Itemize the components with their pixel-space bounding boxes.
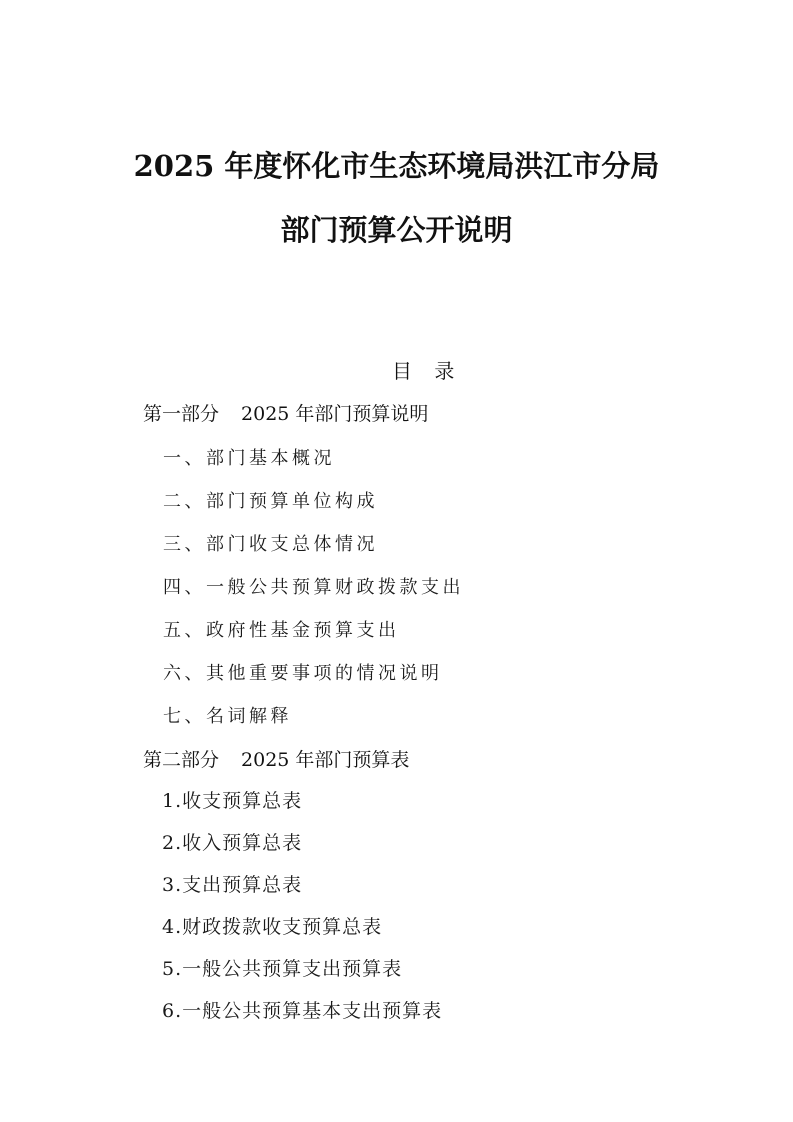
toc-item-part2-2[interactable]: 2.收入预算总表 xyxy=(162,830,302,856)
toc-item-part2-3[interactable]: 3.支出预算总表 xyxy=(162,872,302,898)
toc-item-part1-2[interactable]: 二、部门预算单位构成 xyxy=(163,489,378,515)
toc-item-part1-1[interactable]: 一、部门基本概况 xyxy=(163,446,335,472)
toc-part-1[interactable]: 第一部分2025 年部门预算说明 xyxy=(143,400,428,428)
toc-item-part1-5[interactable]: 五、政府性基金预算支出 xyxy=(163,618,400,644)
toc-item-part1-3[interactable]: 三、部门收支总体情况 xyxy=(163,532,378,558)
toc-item-part2-5[interactable]: 5.一般公共预算支出预算表 xyxy=(162,956,402,982)
toc-part-2-title: 2025 年部门预算表 xyxy=(241,746,409,774)
toc-item-part1-7[interactable]: 七、名词解释 xyxy=(163,704,292,730)
toc-part-2[interactable]: 第二部分2025 年部门预算表 xyxy=(143,746,409,774)
toc-part-1-label: 第一部分 xyxy=(143,400,219,428)
toc-part-1-title: 2025 年部门预算说明 xyxy=(241,400,428,428)
document-page: 2025 年度怀化市生态环境局洪江市分局 部门预算公开说明 目 录 第一部分20… xyxy=(0,0,793,1122)
toc-item-part1-4[interactable]: 四、一般公共预算财政拨款支出 xyxy=(163,575,464,601)
toc-item-part2-4[interactable]: 4.财政拨款收支预算总表 xyxy=(162,914,382,940)
document-title-line-2: 部门预算公开说明 xyxy=(0,212,793,248)
toc-heading: 目 录 xyxy=(392,357,462,385)
toc-part-2-label: 第二部分 xyxy=(143,746,219,774)
toc-item-part2-1[interactable]: 1.收支预算总表 xyxy=(162,788,302,814)
toc-item-part2-6[interactable]: 6.一般公共预算基本支出预算表 xyxy=(162,998,442,1024)
document-title-line-1: 2025 年度怀化市生态环境局洪江市分局 xyxy=(0,148,793,184)
toc-item-part1-6[interactable]: 六、其他重要事项的情况说明 xyxy=(163,661,443,687)
